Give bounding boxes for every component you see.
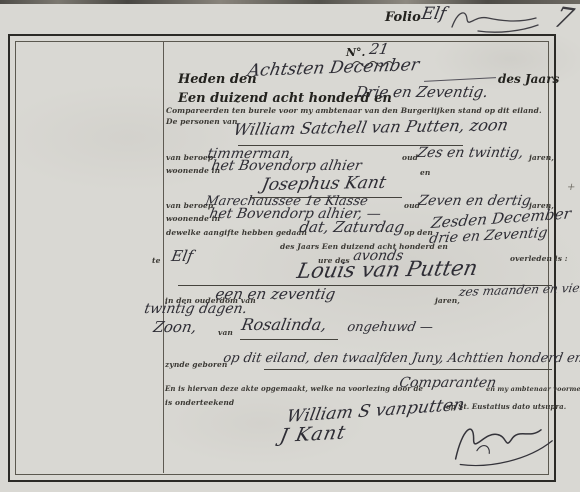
- declarant2-name: Josephus Kant: [260, 173, 388, 195]
- closing-line1-end: en my ambtenaar voormeld: [486, 385, 580, 393]
- folio-value-handwritten: Elf: [420, 4, 448, 24]
- declaration-dat-handwritten: dat, Zaturdag: [298, 218, 406, 236]
- scanned-death-record: Folio Elf 7 + N°. 21 Heden den Achtsten …: [0, 0, 580, 492]
- mother-status: ongehuwd —: [346, 320, 434, 335]
- persons-label: De personen van: [166, 117, 238, 126]
- deceased-age-more2: twintig dagen.: [143, 301, 248, 317]
- declarant1-residence: het Bovendorp alhier: [210, 158, 363, 174]
- folio-flourish: [448, 7, 540, 35]
- geboren-label: zynde geboren: [165, 360, 227, 369]
- declarant2-age: Zeven en dertig: [417, 193, 532, 209]
- closing-line1: En is hiervan deze akte opgemaakt, welke…: [165, 384, 423, 393]
- overleden-label: overleden is :: [510, 254, 568, 263]
- mother-name-underline: [240, 339, 338, 340]
- declarant1-age: Zes en twintig,: [416, 145, 525, 161]
- des-jaars-label: des Jaars: [498, 72, 559, 86]
- heden-den-label: Heden den: [178, 72, 257, 87]
- death-hour-handwritten: Elf: [170, 247, 194, 265]
- en-label: en: [420, 168, 430, 177]
- closing-line2: is onderteekend: [165, 398, 234, 407]
- mother-name: Rosalinda,: [240, 315, 328, 334]
- birth-handwritten: op dit eiland, den twaalfden Juny, Achtt…: [222, 351, 580, 366]
- intro-line: Compareerden ten burele voor my ambtenaa…: [166, 106, 542, 115]
- scan-edge-artifact: [0, 0, 580, 4]
- aangifte-label: dewelke aangifte hebben gedaan: [166, 228, 307, 237]
- te-label: te: [152, 256, 160, 265]
- op-den-label: op den: [404, 228, 433, 237]
- record-year-handwritten: Drie en Zeventig.: [354, 83, 490, 101]
- folio-label: Folio: [385, 10, 421, 25]
- zoon-handwritten: Zoon,: [152, 318, 198, 336]
- corner-page-mark: 7: [550, 0, 578, 35]
- declarant1-jaren-label: jaren,: [529, 153, 554, 162]
- margin-cross-mark: +: [566, 182, 576, 193]
- margin-divider-line: [163, 41, 164, 473]
- comparanten-handwritten: Comparanten: [398, 375, 498, 391]
- van-label: van: [218, 328, 233, 337]
- birth-underline: [264, 369, 552, 370]
- deceased-name: Louis van Putten: [295, 256, 480, 283]
- signature-declarant2: J Kant: [278, 422, 348, 447]
- deceased-jaren-label: jaren,: [435, 296, 460, 305]
